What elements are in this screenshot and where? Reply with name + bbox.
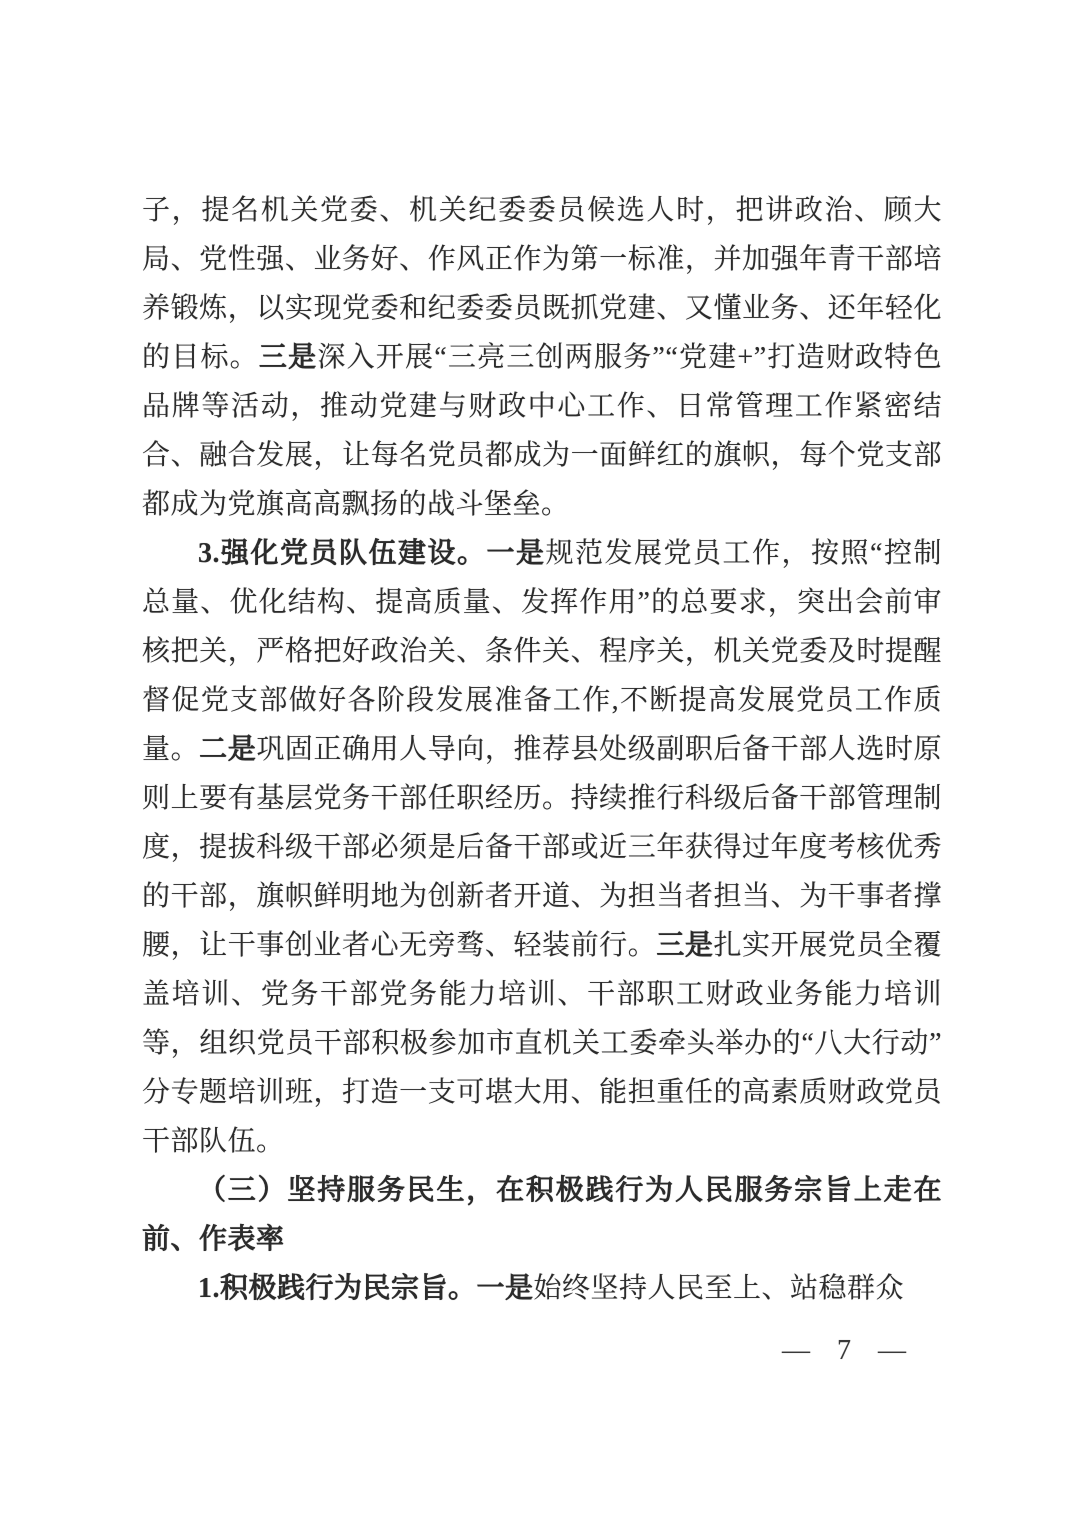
paragraph-1-serve-people: 1.积极践行为民宗旨。一是始终坚持人民至上、站稳群众 bbox=[142, 1264, 942, 1313]
body-text: 规范发展党员工作，按照“控制总量、优化结构、提高质量、发挥作用”的总要求，突出会… bbox=[142, 538, 942, 765]
emphasis-text: 三是 bbox=[259, 342, 317, 373]
page-number: — 7 — bbox=[782, 1335, 908, 1366]
document-body: 子，提名机关党委、机关纪委委员候选人时，把讲政治、顾大局、党性强、业务好、作风正… bbox=[142, 186, 942, 1313]
body-text: 始终坚持人民至上、站稳群众 bbox=[534, 1273, 905, 1304]
paragraph-continuation: 子，提名机关党委、机关纪委委员候选人时，把讲政治、顾大局、党性强、业务好、作风正… bbox=[142, 186, 942, 529]
emphasis-text: 三是 bbox=[656, 930, 713, 961]
emphasis-text: （三）坚持服务民生，在积极践行为人民服务宗旨上走在前、作表率 bbox=[142, 1175, 942, 1255]
section-heading-three: （三）坚持服务民生，在积极践行为人民服务宗旨上走在前、作表率 bbox=[142, 1166, 942, 1264]
body-text: 巩固正确用人导向，推荐县处级副职后备干部人选时原则上要有基层党务干部任职经历。持… bbox=[142, 734, 942, 961]
paragraph-3-party-member-team: 3.强化党员队伍建设。一是规范发展党员工作，按照“控制总量、优化结构、提高质量、… bbox=[142, 529, 942, 1166]
body-text: 扎实开展党员全覆盖培训、党务干部党务能力培训、干部职工财政业务能力培训等，组织党… bbox=[142, 930, 942, 1157]
emphasis-text: 二是 bbox=[199, 734, 256, 765]
emphasis-text: 1.积极践行为民宗旨。一是 bbox=[198, 1273, 534, 1304]
emphasis-text: 3.强化党员队伍建设。一是 bbox=[198, 538, 546, 569]
page-footer: — 7 — bbox=[782, 1331, 908, 1371]
document-page: 子，提名机关党委、机关纪委委员候选人时，把讲政治、顾大局、党性强、业务好、作风正… bbox=[0, 0, 1080, 1527]
